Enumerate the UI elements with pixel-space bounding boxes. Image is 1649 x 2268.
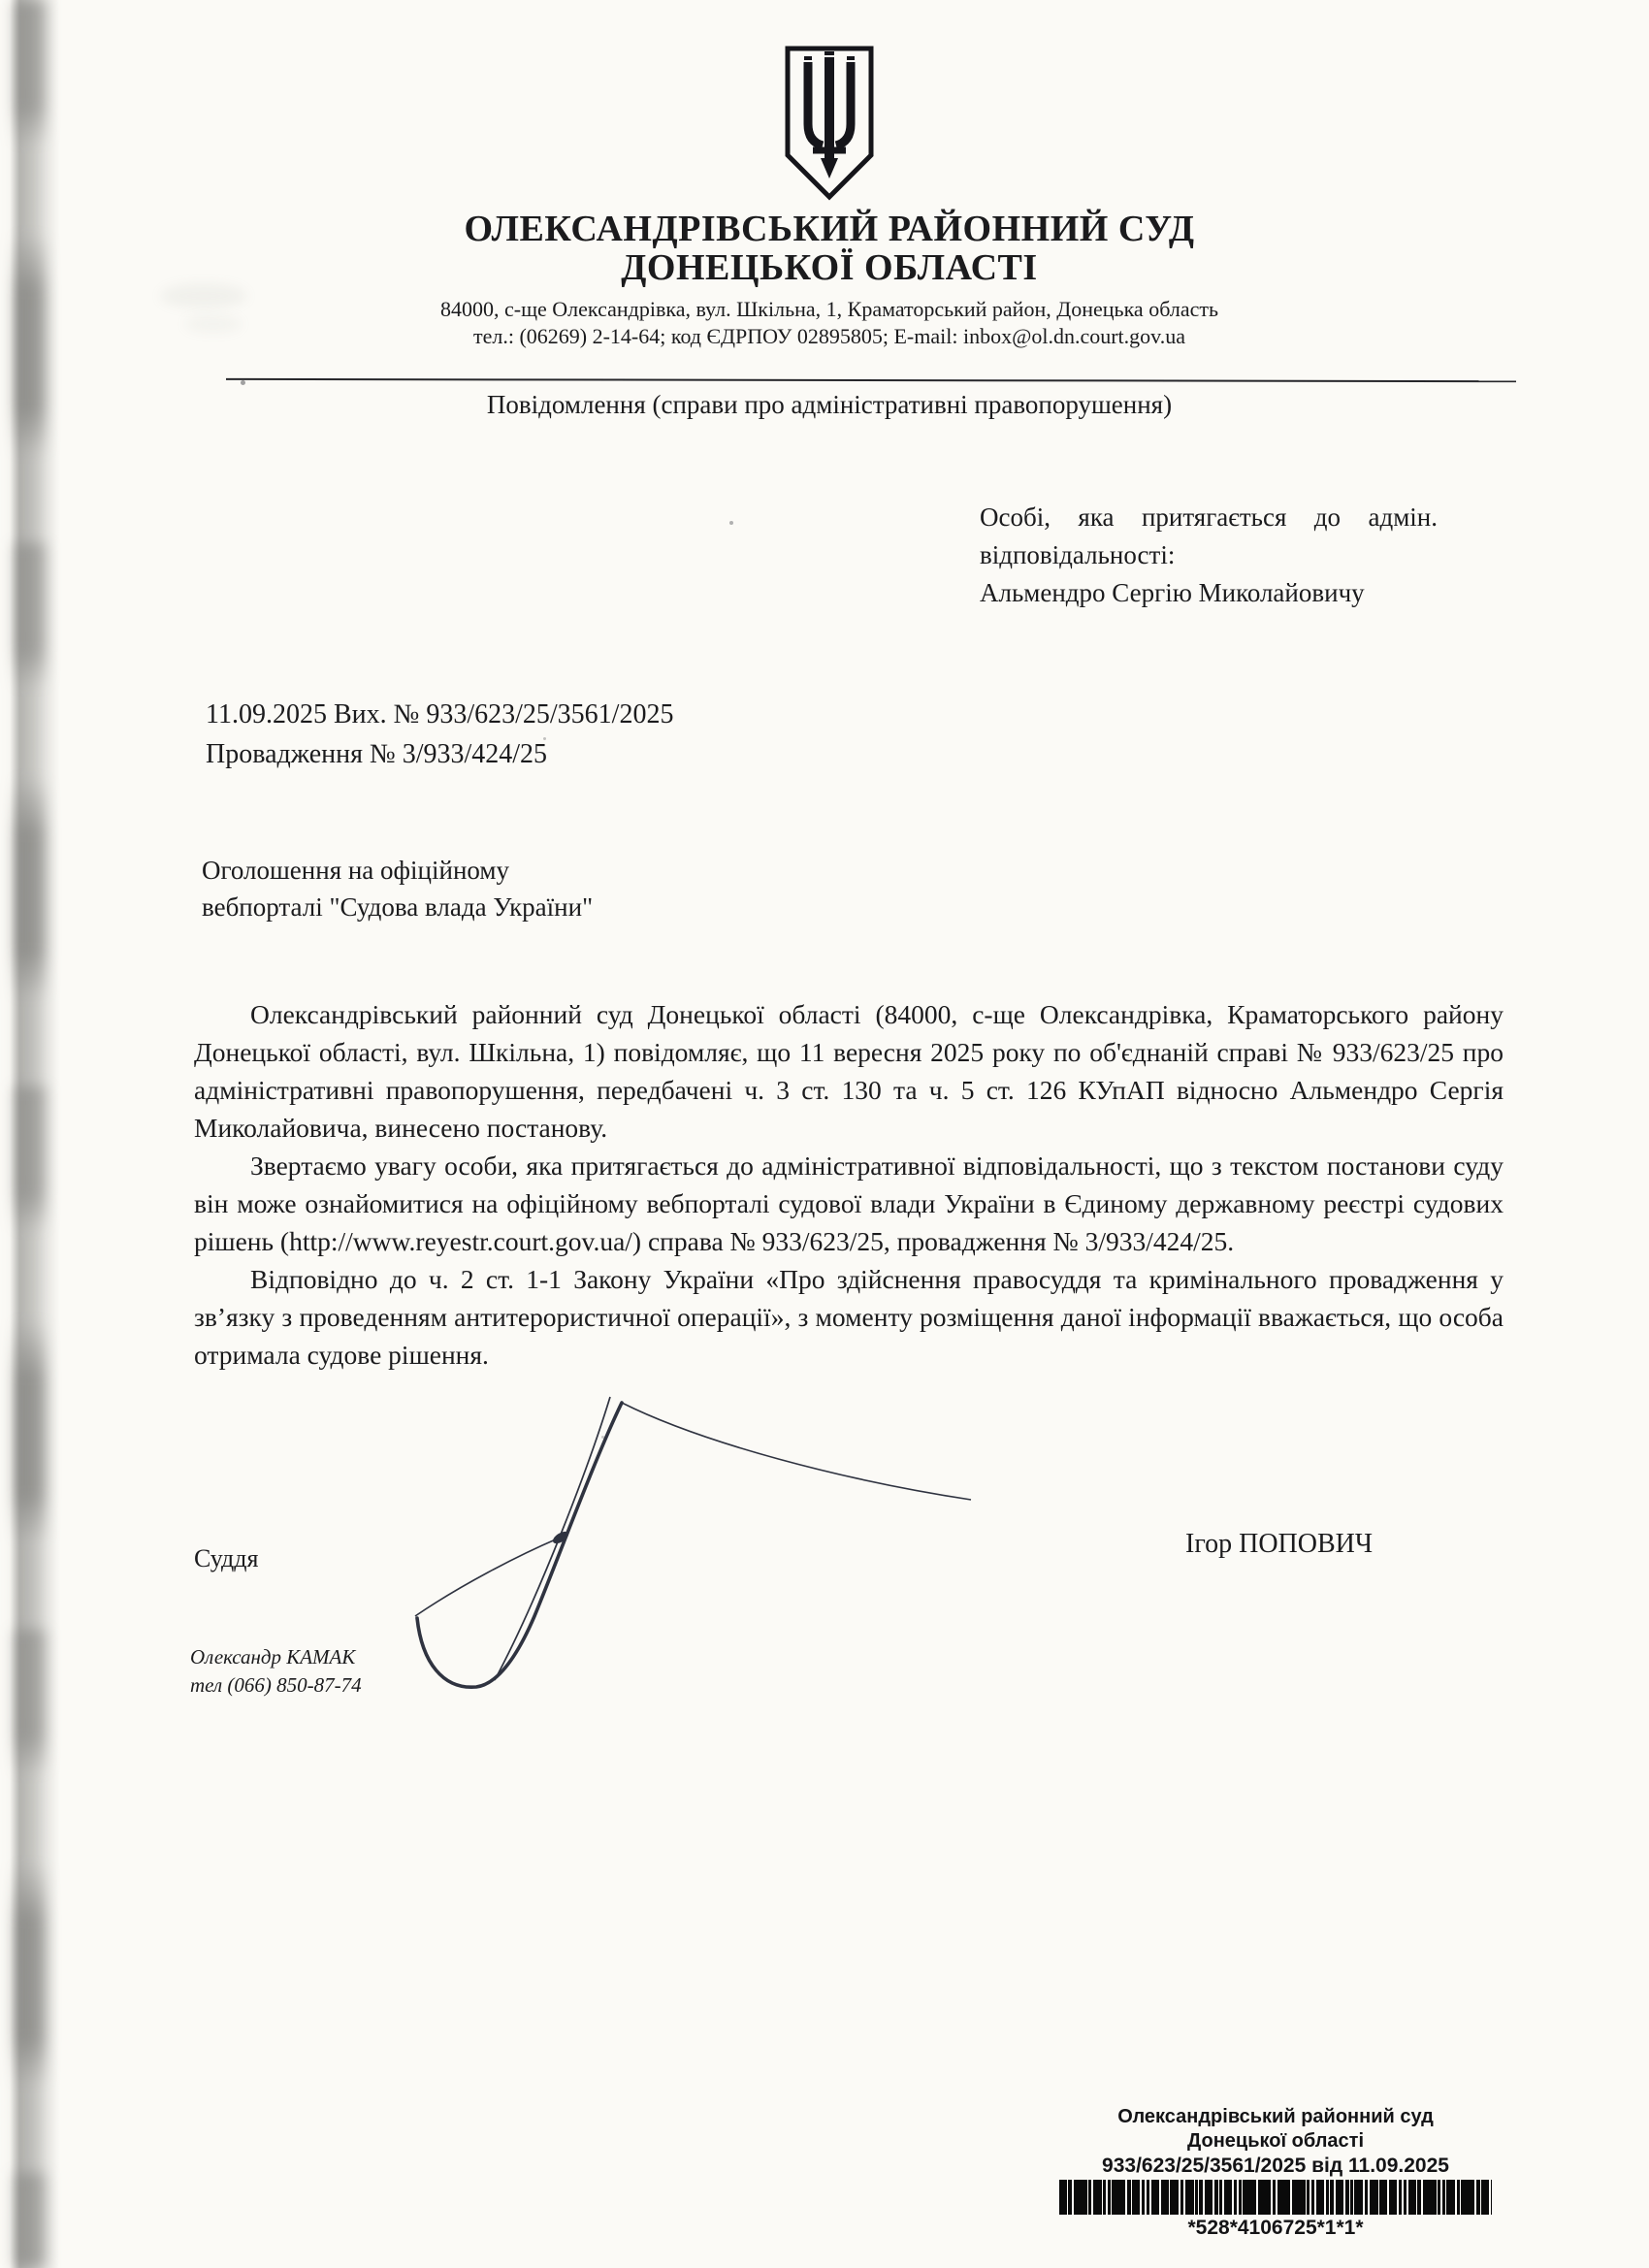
reference-block: 11.09.2025 Вих. № 933/623/25/3561/2025 П… [206,695,673,774]
registration-barcode-block: Олександрівський районний суд Донецької … [1048,2105,1503,2240]
court-contacts: тел.: (06269) 2-14-64; код ЄДРПОУ 028958… [155,323,1503,349]
scan-speck [729,521,733,525]
barcode-doc-number: 933/623/25/3561/2025 від 11.09.2025 [1048,2154,1503,2179]
barcode-code-text: *528*4106725*1*1* [1048,2216,1503,2240]
body-paragraph-2: Звертаємо увагу особи, яка притягається … [194,1147,1503,1260]
scanned-court-notice-page: ОЛЕКСАНДРІВСЬКИЙ РАЙОННИЙ СУД ДОНЕЦЬКОЇ … [0,0,1649,2268]
court-name-line1: ОЛЕКСАНДРІВСЬКИЙ РАЙОННИЙ СУД [155,210,1503,248]
announcement-line2: вебпорталі "Судова влада України" [202,889,593,925]
executor-phone: тел (066) 850-87-74 [190,1671,362,1700]
announcement-line1: Оголошення на офіційному [202,852,593,889]
announcement-block: Оголошення на офіційному вебпорталі "Суд… [202,852,593,925]
proceeding-number: Провадження № 3/933/424/25 [206,734,673,774]
scan-speck [241,380,245,385]
handwritten-signature [403,1377,985,1707]
subject-line: Повідомлення (справи про адміністративні… [155,390,1503,420]
court-address: 84000, с-ще Олександрівка, вул. Шкільна,… [155,296,1503,322]
signature-stroke-icon [403,1377,985,1707]
addressee-line3: Альмендро Сергію Миколайовичу [980,574,1438,612]
barcode-court-line2: Донецької області [1048,2129,1503,2154]
judge-role-label: Суддя [194,1544,258,1573]
notice-body: Олександрівський районний суд Донецької … [194,995,1503,1374]
trident-icon [781,45,878,202]
body-paragraph-3: Відповідно до ч. 2 ст. 1-1 Закону Україн… [194,1260,1503,1374]
body-paragraph-1: Олександрівський районний суд Донецької … [194,995,1503,1147]
executor-block: Олександр КАМАК тел (066) 850-87-74 [190,1643,362,1700]
barcode-icon [1059,2180,1492,2215]
court-name-line2: ДОНЕЦЬКОЇ ОБЛАСТІ [155,248,1503,287]
addressee-line1: Особі, яка притягається до адмін. [980,499,1438,536]
addressee-block: Особі, яка притягається до адмін. відпов… [980,499,1438,612]
addressee-line2: відповідальності: [980,536,1438,574]
barcode-court-line1: Олександрівський районний суд [1048,2105,1503,2129]
header-divider-line [226,378,1516,382]
scan-edge-blotches [14,0,47,2268]
ukraine-trident-emblem [781,45,878,202]
outgoing-number: 11.09.2025 Вих. № 933/623/25/3561/2025 [206,695,673,734]
judge-name: Ігор ПОПОВИЧ [1185,1529,1373,1560]
executor-name: Олександр КАМАК [190,1643,362,1671]
